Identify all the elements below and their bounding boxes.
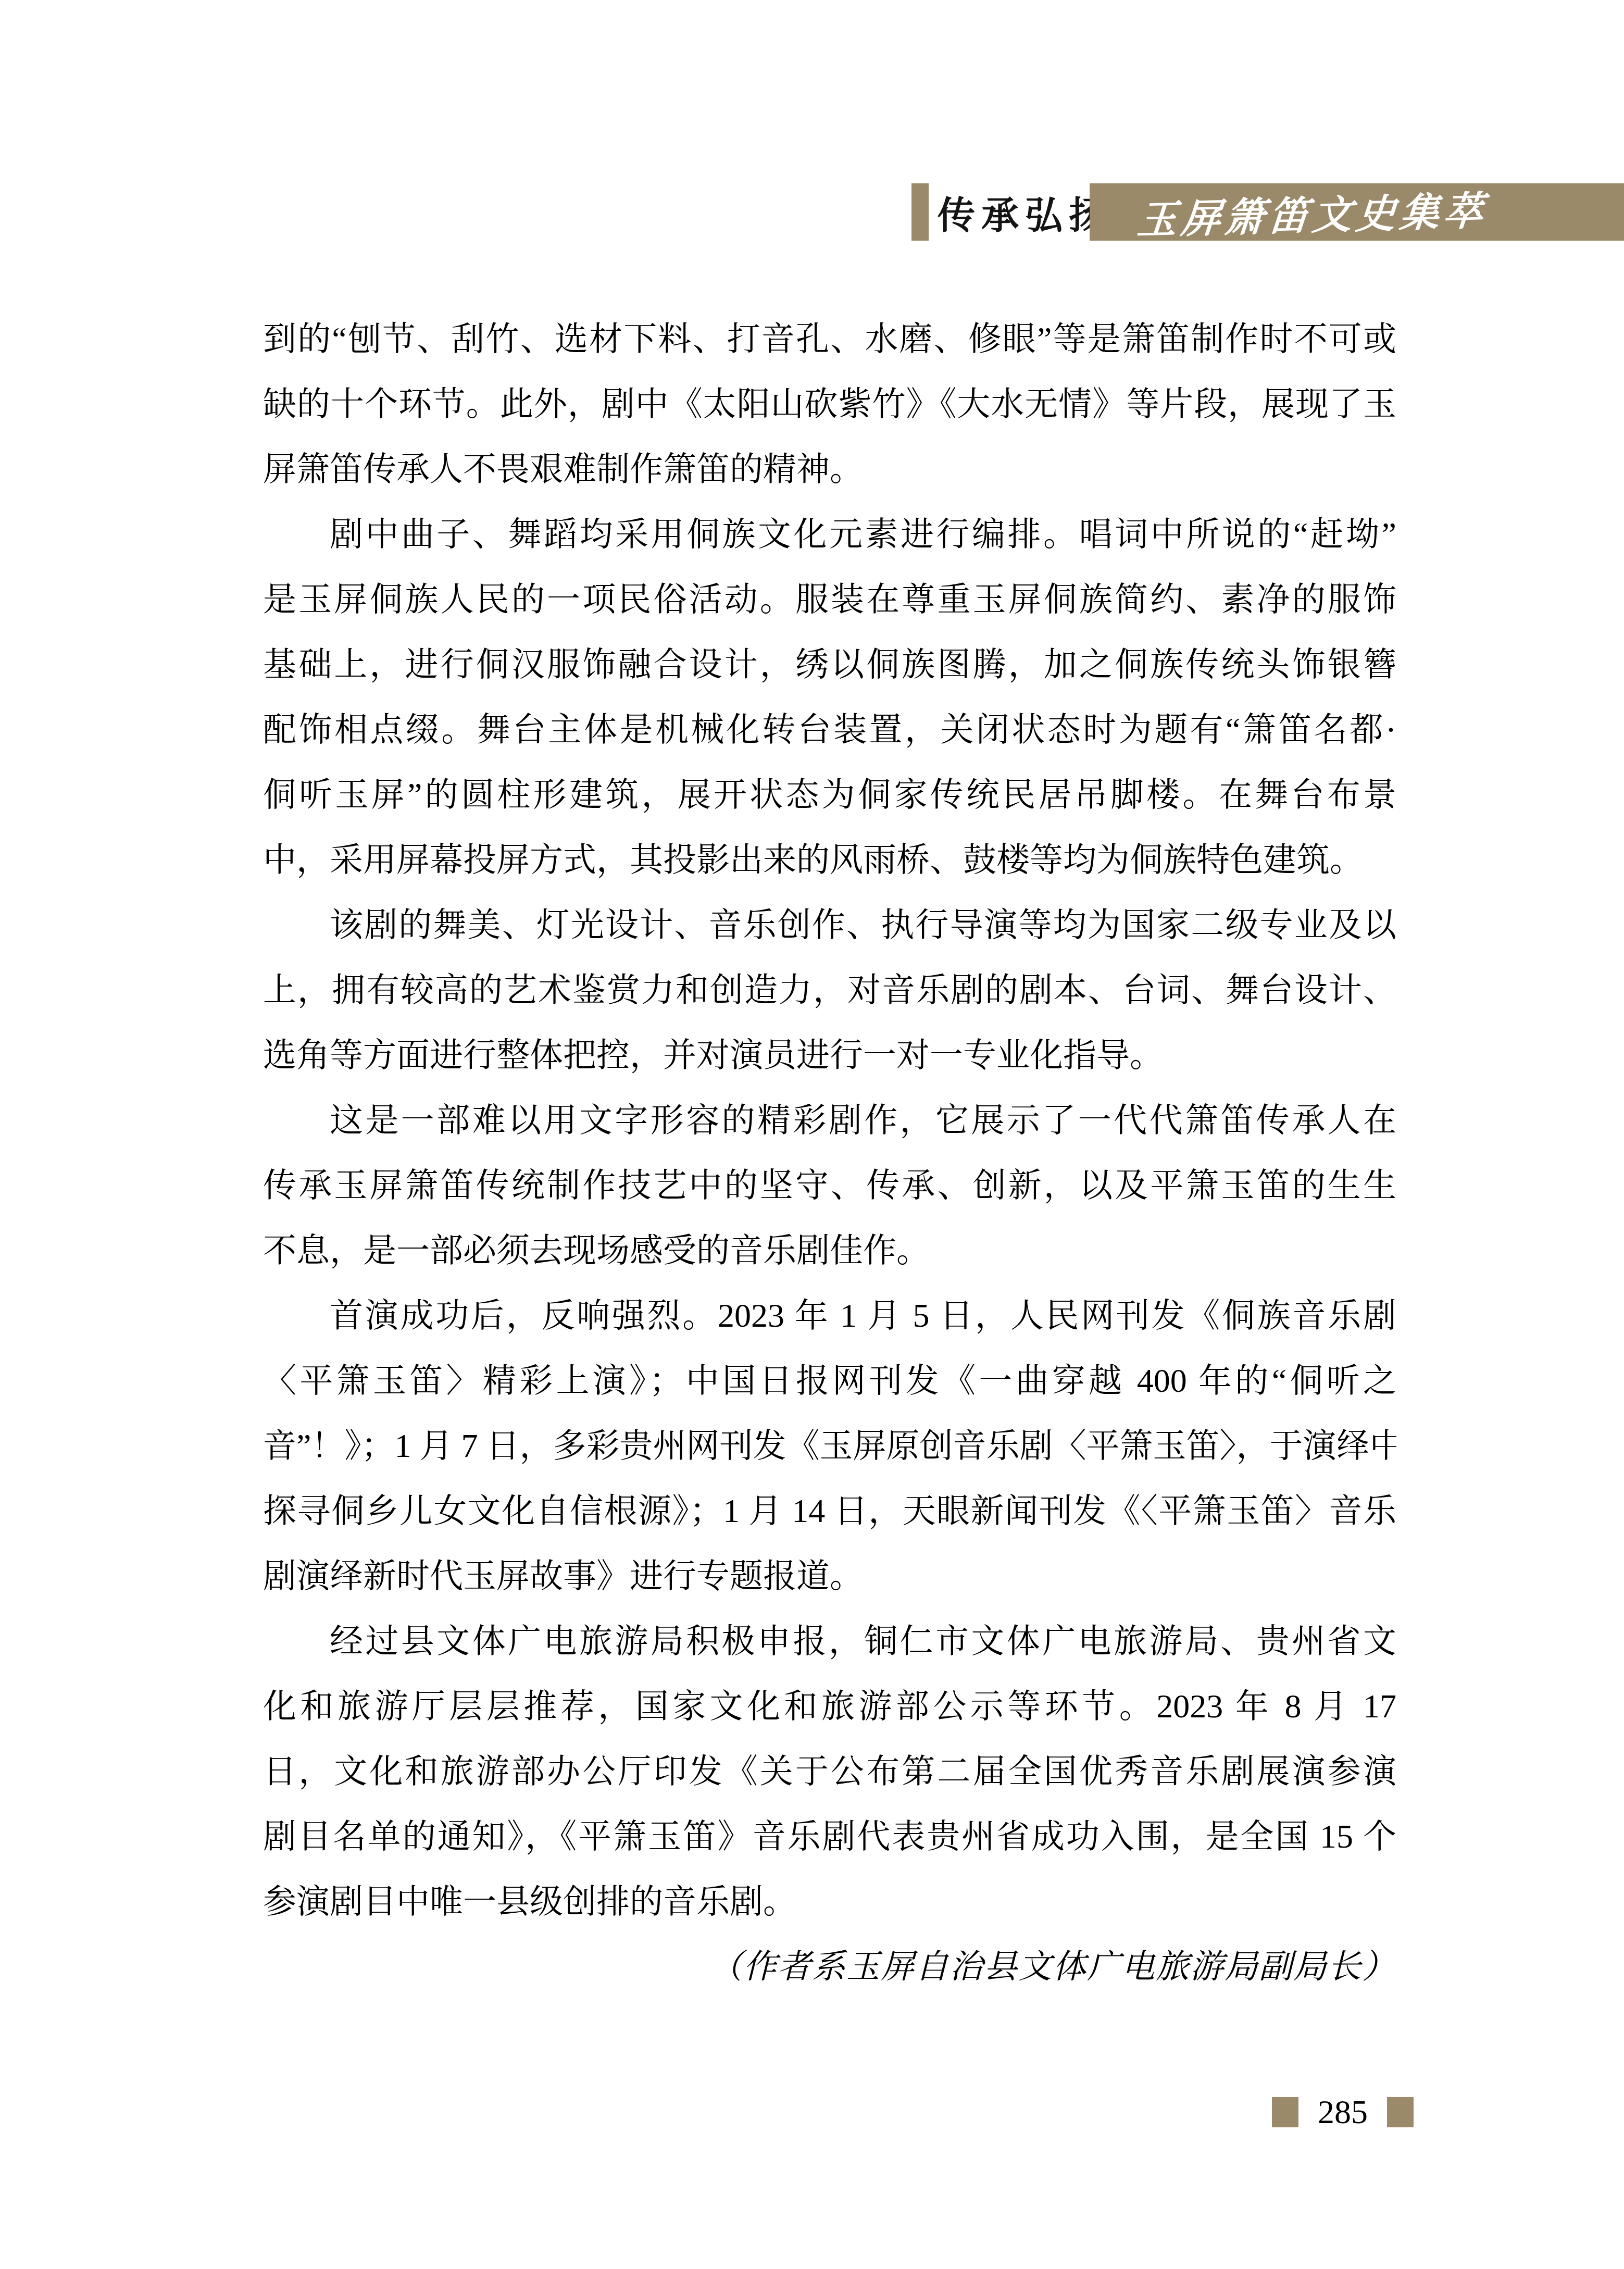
- text-line: 基础上，进行侗汉服饰融合设计，绣以侗族图腾，加之侗族传统头饰银簪: [263, 632, 1396, 697]
- body-text: 到的“刨节、刮竹、选材下料、打音孔、水磨、修眼”等是箫笛制作时不可或缺的十个环节…: [263, 306, 1396, 1999]
- book-page: 传承弘扬 玉屏箫笛文史集萃 到的“刨节、刮竹、选材下料、打音孔、水磨、修眼”等是…: [0, 0, 1624, 2269]
- text-line: 配饰相点缀。舞台主体是机械化转台装置，关闭状态时为题有“箫笛名都·: [263, 697, 1396, 762]
- text-line: 传承玉屏箫笛传统制作技艺中的坚守、传承、创新，以及平箫玉笛的生生: [263, 1153, 1396, 1218]
- banner-calligraphy-title: 玉屏箫笛文史集萃: [1135, 183, 1490, 241]
- text-line: 该剧的舞美、灯光设计、音乐创作、执行导演等均为国家二级专业及以: [263, 892, 1396, 957]
- paragraphs-container: 到的“刨节、刮竹、选材下料、打音孔、水磨、修眼”等是箫笛制作时不可或缺的十个环节…: [263, 306, 1396, 1934]
- section-label-text: 传承弘扬: [938, 185, 1113, 239]
- text-line: 剧演绎新时代玉屏故事》进行专题报道。: [263, 1543, 1396, 1609]
- text-line: 缺的十个环节。此外，剧中《太阳山砍紫竹》《大水无情》等片段，展现了玉: [263, 371, 1396, 437]
- text-line: 中，采用屏幕投屏方式，其投影出来的风雨桥、鼓楼等均为侗族特色建筑。: [263, 827, 1396, 892]
- text-line: 到的“刨节、刮竹、选材下料、打音孔、水磨、修眼”等是箫笛制作时不可或: [263, 306, 1396, 371]
- page-marker-left: [1272, 2097, 1298, 2127]
- text-line: 上，拥有较高的艺术鉴赏力和创造力，对音乐剧的剧本、台词、舞台设计、: [263, 957, 1396, 1023]
- text-line: 剧中曲子、舞蹈均采用侗族文化元素进行编排。唱词中所说的“赶坳”: [263, 502, 1396, 567]
- author-note: （作者系玉屏自治县文体广电旅游局副局长）: [263, 1934, 1396, 1999]
- text-line: 首演成功后，反响强烈。2023 年 1 月 5 日，人民网刊发《侗族音乐剧: [263, 1283, 1396, 1348]
- text-line: 侗听玉屏”的圆柱形建筑，展开状态为侗家传统民居吊脚楼。在舞台布景: [263, 762, 1396, 827]
- text-line: 探寻侗乡儿女文化自信根源》；1 月 14 日，天眼新闻刊发《〈平箫玉笛〉音乐: [263, 1478, 1396, 1543]
- text-line: 不息，是一部必须去现场感受的音乐剧佳作。: [263, 1218, 1396, 1283]
- text-line: 经过县文体广电旅游局积极申报，铜仁市文体广电旅游局、贵州省文: [263, 1609, 1396, 1674]
- text-line: 化和旅游厅层层推荐，国家文化和旅游部公示等环节。2023 年 8 月 17: [263, 1674, 1396, 1739]
- header-banner: 玉屏箫笛文史集萃: [1090, 183, 1624, 241]
- text-line: 〈平箫玉笛〉精彩上演》；中国日报网刊发《一曲穿越 400 年的“侗听之: [263, 1348, 1396, 1413]
- page-number: 285: [1318, 2097, 1368, 2128]
- text-line: 屏箫笛传承人不畏艰难制作箫笛的精神。: [263, 437, 1396, 502]
- text-line: 日，文化和旅游部办公厅印发《关于公布第二届全国优秀音乐剧展演参演: [263, 1739, 1396, 1804]
- page-marker-right: [1387, 2097, 1414, 2127]
- text-line: 这是一部难以用文字形容的精彩剧作，它展示了一代代箫笛传承人在: [263, 1088, 1396, 1153]
- text-line: 选角等方面进行整体把控，并对演员进行一对一专业化指导。: [263, 1023, 1396, 1088]
- header-section-label: 传承弘扬: [938, 183, 1113, 241]
- text-line: 是玉屏侗族人民的一项民俗活动。服装在尊重玉屏侗族简约、素净的服饰: [263, 567, 1396, 632]
- header-accent-bar: [911, 183, 929, 241]
- text-line: 音”！》；1 月 7 日，多彩贵州网刊发《玉屏原创音乐剧〈平箫玉笛〉，于演绎中: [263, 1413, 1396, 1478]
- text-line: 参演剧目中唯一县级创排的音乐剧。: [263, 1869, 1396, 1934]
- text-line: 剧目名单的通知》，《平箫玉笛》音乐剧代表贵州省成功入围，是全国 15 个: [263, 1804, 1396, 1869]
- page-number-row: 285: [1272, 2097, 1414, 2128]
